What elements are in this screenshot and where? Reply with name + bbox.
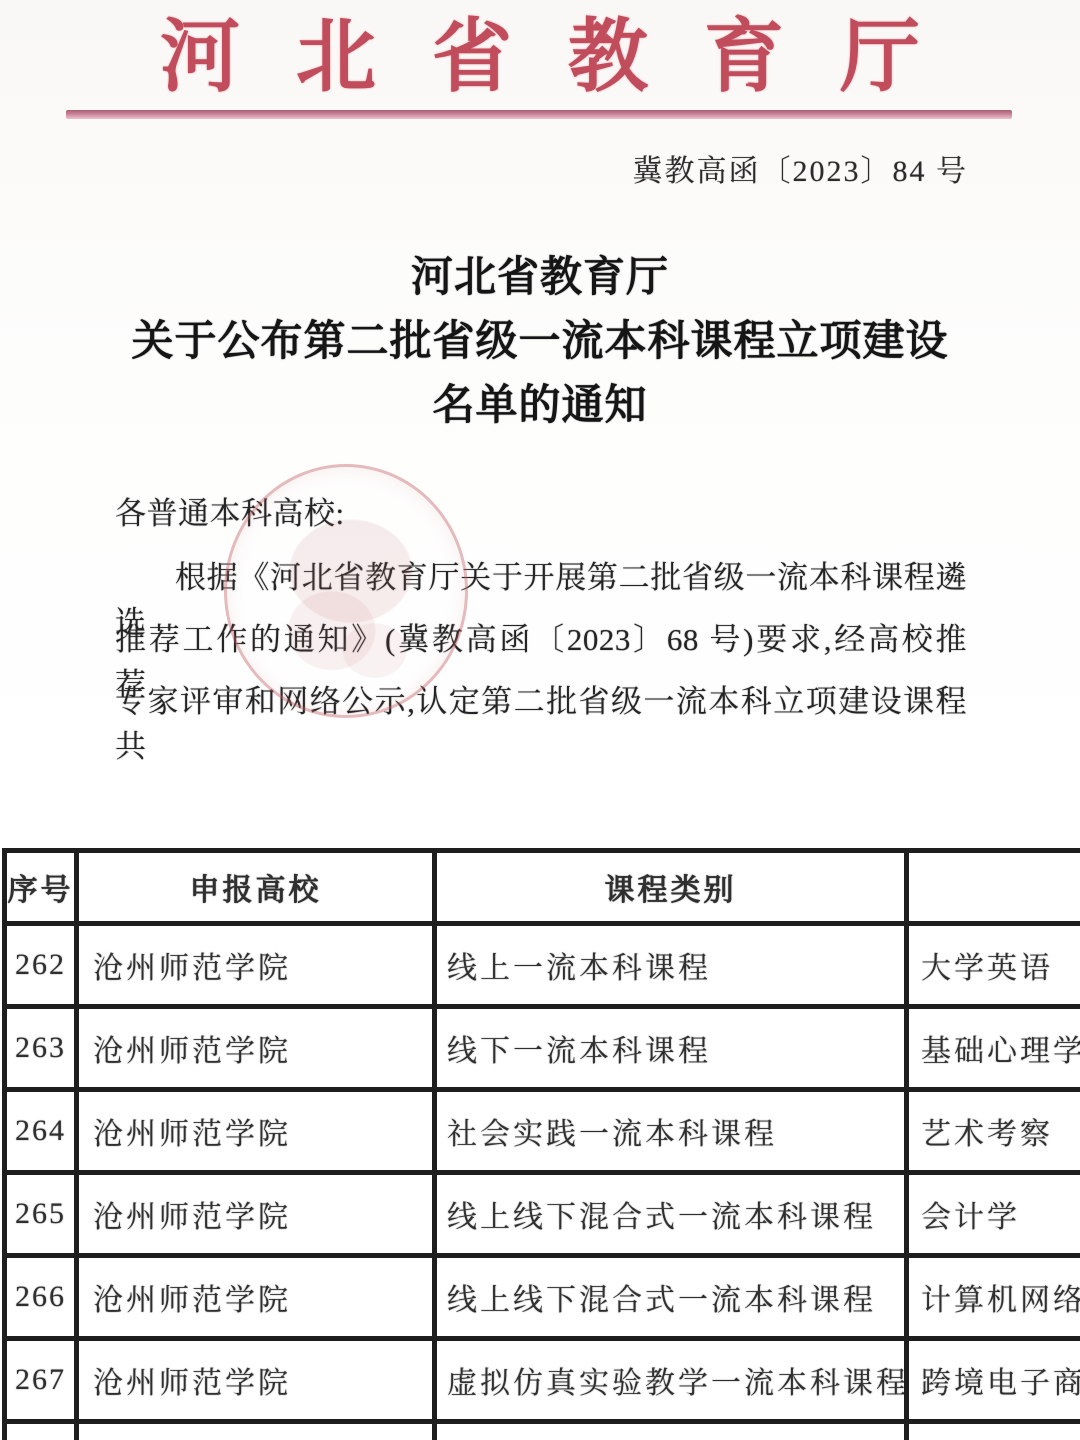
cell-category: 虚拟仿真实验教学一流本科课程 bbox=[435, 1339, 907, 1422]
course-list-table: 序号 申报高校 课程类别 262 沧州师范学院 线上一流本科课程 大学英语 26… bbox=[2, 848, 1080, 1440]
cell-course: 艺术考察 bbox=[907, 1090, 1080, 1173]
header-course-name bbox=[907, 851, 1080, 924]
notice-title-line2: 关于公布第二批省级一流本科课程立项建设 bbox=[0, 310, 1080, 374]
document-number: 冀教高函〔2023〕84 号 bbox=[633, 146, 969, 190]
table-row: 264 沧州师范学院 社会实践一流本科课程 艺术考察 bbox=[5, 1090, 1080, 1173]
notice-title-line1: 河北省教育厅 bbox=[0, 246, 1080, 310]
cell-course: 大学英语 bbox=[907, 924, 1080, 1007]
cell-serial: 266 bbox=[5, 1256, 77, 1339]
cell-serial: 263 bbox=[5, 1007, 77, 1090]
table-row: 265 沧州师范学院 线上线下混合式一流本科课程 会计学 bbox=[5, 1173, 1080, 1256]
table-row: 266 沧州师范学院 线上线下混合式一流本科课程 计算机网络 bbox=[5, 1256, 1080, 1339]
cell-school: 沧州师范学院 bbox=[77, 1256, 435, 1339]
cell-category: 线上一流本科课程 bbox=[435, 924, 907, 1007]
salutation: 各普通本科高校: bbox=[115, 488, 967, 533]
cell-school: 沧州师范学院 bbox=[77, 1007, 435, 1090]
cell-course: 会计学 bbox=[907, 1173, 1080, 1256]
table-row: 267 沧州师范学院 虚拟仿真实验教学一流本科课程 跨境电子商务 bbox=[5, 1339, 1080, 1422]
cell-school: 沧州师范学院 bbox=[77, 1339, 435, 1422]
scanned-notice-document: 河北省教育厅 冀教高函〔2023〕84 号 河北省教育厅 关于公布第二批省级一流… bbox=[0, 0, 1080, 1440]
table-row: 262 沧州师范学院 线上一流本科课程 大学英语 bbox=[5, 924, 1080, 1007]
cell-serial: 262 bbox=[5, 924, 77, 1007]
table-row-clipped bbox=[5, 1422, 1080, 1440]
cell-category: 线下一流本科课程 bbox=[435, 1007, 907, 1090]
paragraph-line-3: 专家评审和网络公示,认定第二批省级一流本科立项建设课程共 bbox=[115, 676, 967, 766]
cell-category: 社会实践一流本科课程 bbox=[435, 1090, 907, 1173]
notice-title: 河北省教育厅 关于公布第二批省级一流本科课程立项建设 名单的通知 bbox=[0, 246, 1080, 438]
cell-category: 线上线下混合式一流本科课程 bbox=[435, 1256, 907, 1339]
cell-course: 基础心理学 bbox=[907, 1007, 1080, 1090]
cell-serial: 267 bbox=[5, 1339, 77, 1422]
cell-school: 沧州师范学院 bbox=[77, 1090, 435, 1173]
header-applying-school: 申报高校 bbox=[77, 851, 435, 924]
header-course-category: 课程类别 bbox=[435, 851, 907, 924]
cell-course: 跨境电子商务 bbox=[907, 1339, 1080, 1422]
letterhead-agency-name: 河北省教育厅 bbox=[0, 8, 1080, 108]
letterhead-divider-rule bbox=[66, 110, 1012, 119]
cell-category: 线上线下混合式一流本科课程 bbox=[435, 1173, 907, 1256]
cell-school: 沧州师范学院 bbox=[77, 1173, 435, 1256]
notice-title-line3: 名单的通知 bbox=[0, 374, 1080, 438]
cell-serial: 264 bbox=[5, 1090, 77, 1173]
header-serial-number: 序号 bbox=[5, 851, 77, 924]
cell-school: 沧州师范学院 bbox=[77, 924, 435, 1007]
cell-serial: 265 bbox=[5, 1173, 77, 1256]
table-row: 263 沧州师范学院 线下一流本科课程 基础心理学 bbox=[5, 1007, 1080, 1090]
cell-course: 计算机网络 bbox=[907, 1256, 1080, 1339]
table-header-row: 序号 申报高校 课程类别 bbox=[5, 851, 1080, 924]
